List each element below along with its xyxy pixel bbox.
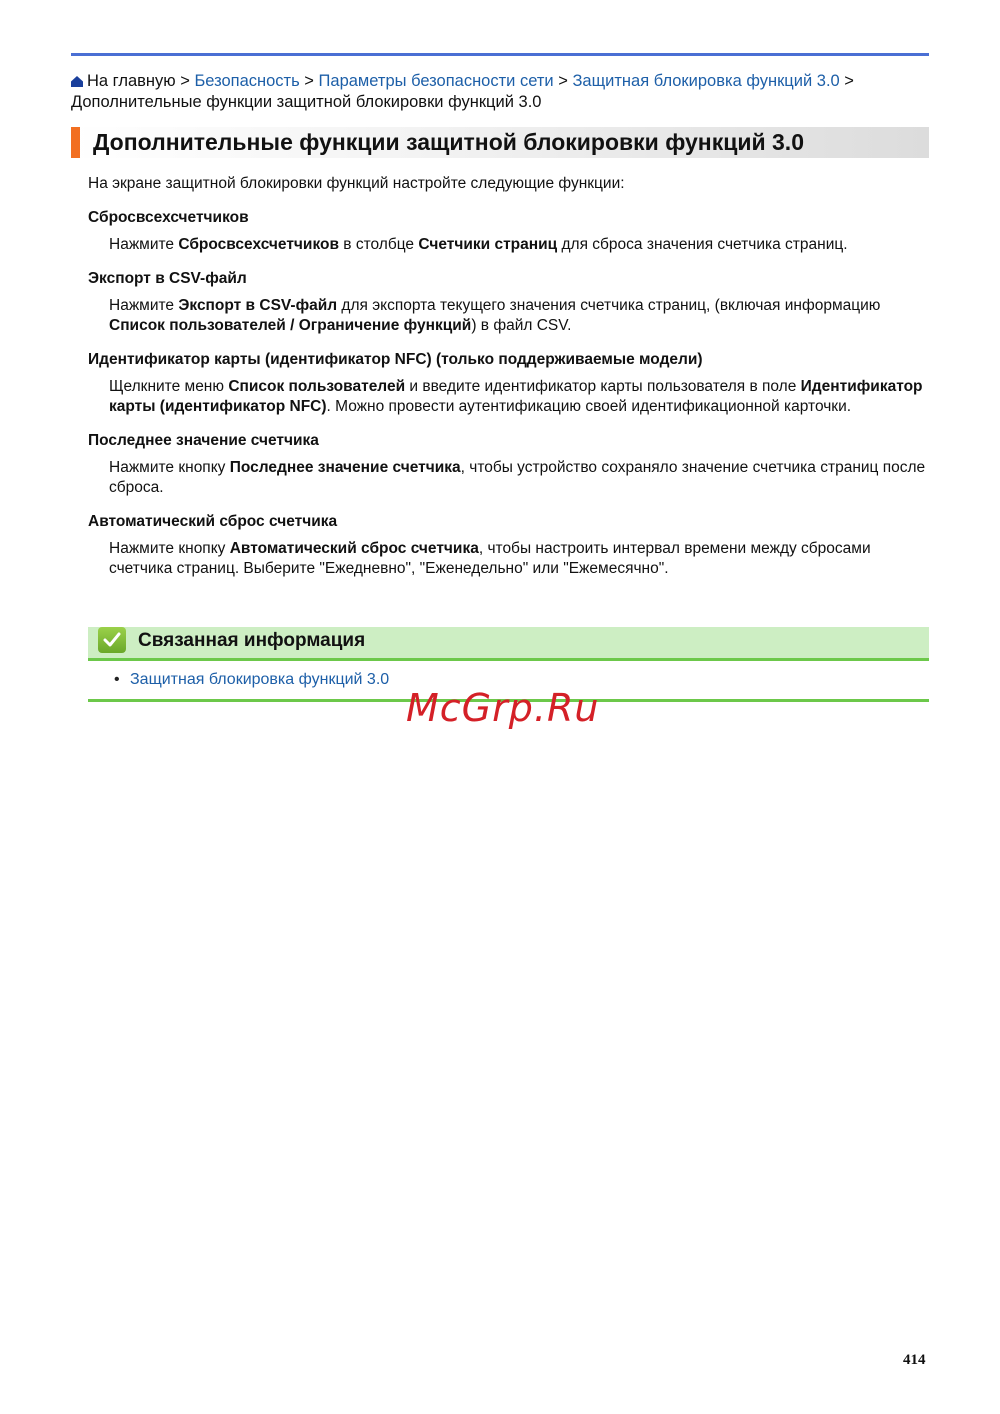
page-title: Дополнительные функции защитной блокиров… bbox=[93, 128, 804, 157]
title-accent bbox=[71, 127, 80, 158]
breadcrumb-link-security[interactable]: Безопасность bbox=[194, 72, 299, 90]
body-text: Щелкните меню bbox=[109, 378, 228, 395]
page-number: 414 bbox=[903, 1352, 926, 1369]
page-title-bar: Дополнительные функции защитной блокиров… bbox=[71, 127, 929, 158]
ui-term: Экспорт в CSV-файл bbox=[178, 297, 337, 314]
top-rule bbox=[71, 53, 929, 56]
ui-term: Список пользователей bbox=[228, 378, 405, 395]
body-text: Нажмите bbox=[109, 236, 178, 253]
body-text: для экспорта текущего значения счетчика … bbox=[337, 297, 880, 314]
breadcrumb: На главную > Безопасность > Параметры бе… bbox=[71, 71, 931, 113]
body-text: в столбце bbox=[339, 236, 418, 253]
body-text: для сброса значения счетчика страниц. bbox=[557, 236, 847, 253]
body-text: Нажмите кнопку bbox=[109, 540, 230, 557]
section-heading: Сбросвсехсчетчиков bbox=[88, 208, 928, 228]
breadcrumb-separator: > bbox=[840, 72, 854, 90]
section-body: Щелкните меню Список пользователей и вве… bbox=[109, 377, 928, 417]
related-link-secure-function-lock[interactable]: Защитная блокировка функций 3.0 bbox=[130, 671, 389, 688]
ui-term: Счетчики страниц bbox=[418, 236, 557, 253]
breadcrumb-link-network-security[interactable]: Параметры безопасности сети bbox=[319, 72, 554, 90]
body-text: Нажмите кнопку bbox=[109, 459, 230, 476]
section-body: Нажмите Экспорт в CSV-файл для экспорта … bbox=[109, 296, 928, 336]
body-text: Нажмите bbox=[109, 297, 178, 314]
body-text: ) в файл CSV. bbox=[471, 317, 571, 334]
section-body: Нажмите кнопку Последнее значение счетчи… bbox=[109, 458, 928, 498]
section-body: Нажмите Сбросвсехсчетчиков в столбце Сче… bbox=[109, 235, 928, 255]
ui-term: Автоматический сброс счетчика bbox=[230, 540, 479, 557]
body-text: и введите идентификатор карты пользовате… bbox=[405, 378, 801, 395]
section-heading: Последнее значение счетчика bbox=[88, 431, 928, 451]
main-content: На экране защитной блокировки функций на… bbox=[88, 174, 928, 593]
ui-term: Список пользователей / Ограничение функц… bbox=[109, 317, 471, 334]
section-heading: Экспорт в CSV-файл bbox=[88, 269, 928, 289]
ui-term: Последнее значение счетчика bbox=[230, 459, 461, 476]
body-text: . Можно провести аутентификацию своей ид… bbox=[327, 398, 852, 415]
breadcrumb-separator: > bbox=[176, 72, 195, 90]
breadcrumb-link-secure-function-lock[interactable]: Защитная блокировка функций 3.0 bbox=[572, 72, 839, 90]
breadcrumb-separator: > bbox=[300, 72, 319, 90]
sections: СбросвсехсчетчиковНажмите Сбросвсехсчетч… bbox=[88, 208, 928, 579]
related-info-header: Связанная информация bbox=[88, 627, 929, 661]
ui-term: Сбросвсехсчетчиков bbox=[178, 236, 339, 253]
intro-text: На экране защитной блокировки функций на… bbox=[88, 174, 928, 194]
section-heading: Автоматический сброс счетчика bbox=[88, 512, 928, 532]
breadcrumb-separator: > bbox=[554, 72, 573, 90]
section-heading: Идентификатор карты (идентификатор NFC) … bbox=[88, 350, 928, 370]
section-body: Нажмите кнопку Автоматический сброс счет… bbox=[109, 539, 928, 579]
checkmark-icon bbox=[98, 627, 126, 653]
home-icon[interactable] bbox=[71, 76, 83, 87]
breadcrumb-current: Дополнительные функции защитной блокиров… bbox=[71, 93, 541, 111]
watermark: McGrp.Ru bbox=[406, 686, 599, 730]
breadcrumb-home[interactable]: На главную bbox=[87, 72, 176, 90]
related-info-title: Связанная информация bbox=[138, 630, 365, 652]
